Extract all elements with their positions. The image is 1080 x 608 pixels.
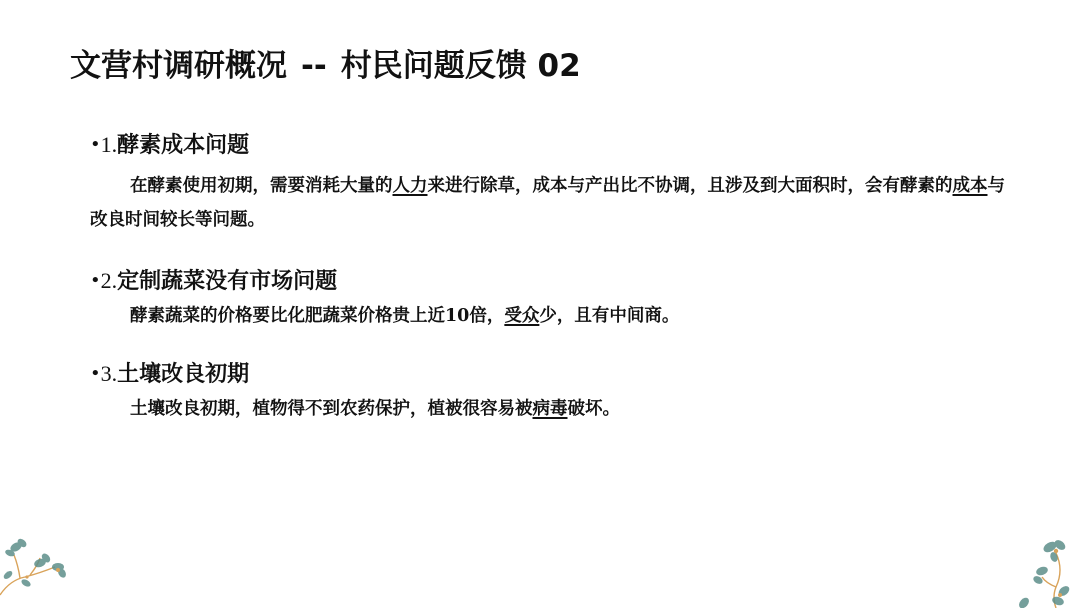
body-text: 来进行除草，成本与产出比不协调，且涉及到大面积时，会有酵素的 <box>428 176 953 196</box>
section-heading: •3.土壤改良初期 <box>90 357 1020 388</box>
section-number: 1. <box>101 132 118 157</box>
body-text: 破坏。 <box>568 399 621 419</box>
section-number: 2. <box>101 268 118 293</box>
section-body: 在酵素使用初期，需要消耗大量的人力来进行除草，成本与产出比不协调，且涉及到大面积… <box>90 169 1020 237</box>
bullet-icon: • <box>90 134 101 155</box>
emphasis-text: 受众 <box>504 306 539 326</box>
page-title: 文营村调研概况--村民问题反馈 02 <box>70 40 581 85</box>
section-body: 土壤改良初期，植物得不到农药保护，植被很容易被病毒破坏。 <box>90 392 1020 426</box>
section-title: 定制蔬菜没有市场问题 <box>117 268 337 294</box>
title-main: 文营村调研概况 <box>70 48 287 84</box>
section-heading: •2.定制蔬菜没有市场问题 <box>90 264 1020 295</box>
section-number: 3. <box>101 361 118 386</box>
body-text: 酵素蔬菜的价格要比化肥蔬菜价格贵上近10倍， <box>130 306 504 326</box>
section-heading: •1.酵素成本问题 <box>90 128 1020 159</box>
section-soil-issue: •3.土壤改良初期 土壤改良初期，植物得不到农药保护，植被很容易被病毒破坏。 <box>90 357 1020 426</box>
body-text: 少，且有中间商。 <box>539 306 679 326</box>
section-body: 酵素蔬菜的价格要比化肥蔬菜价格贵上近10倍，受众少，且有中间商。 <box>90 299 1020 333</box>
floral-branch-icon <box>1018 525 1080 608</box>
body-text: 土壤改良初期，植物得不到农药保护，植被很容易被 <box>130 399 533 419</box>
bullet-icon: • <box>90 270 101 291</box>
title-number: 02 <box>538 48 581 84</box>
emphasis-text: 病毒 <box>533 399 568 419</box>
section-cost-issue: •1.酵素成本问题 在酵素使用初期，需要消耗大量的人力来进行除草，成本与产出比不… <box>90 128 1020 237</box>
floral-branch-icon <box>0 525 80 608</box>
title-separator: -- <box>301 48 327 84</box>
section-market-issue: •2.定制蔬菜没有市场问题 酵素蔬菜的价格要比化肥蔬菜价格贵上近10倍，受众少，… <box>90 264 1020 333</box>
section-title: 土壤改良初期 <box>117 361 249 387</box>
section-title: 酵素成本问题 <box>117 132 249 158</box>
body-text: 在酵素使用初期，需要消耗大量的 <box>130 176 393 196</box>
emphasis-text: 人力 <box>393 176 428 196</box>
bullet-icon: • <box>90 363 101 384</box>
emphasis-text: 成本 <box>953 176 988 196</box>
title-sub: 村民问题反馈 <box>341 48 527 84</box>
